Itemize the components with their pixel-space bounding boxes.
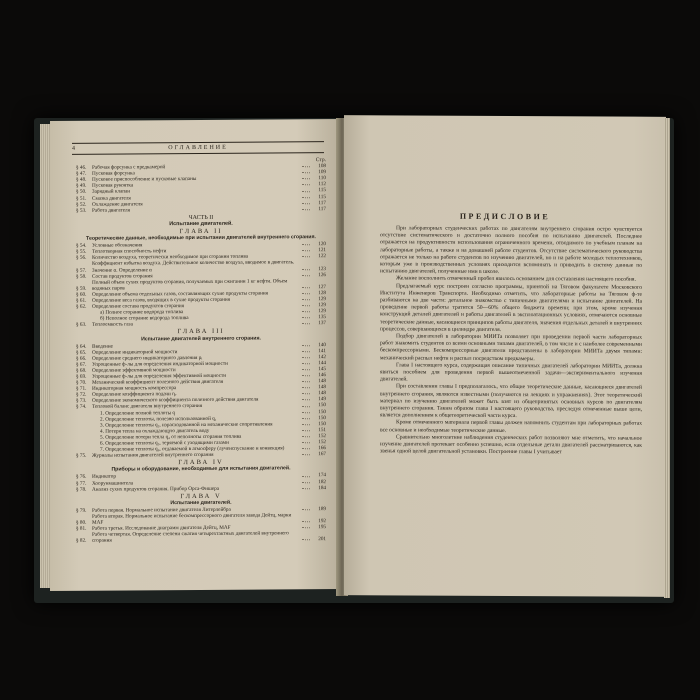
toc-chapter3-list: § 64.Введение140§ 65.Определение индикат… xyxy=(76,342,326,460)
section-number: § 62. xyxy=(76,304,92,310)
leader-dots xyxy=(302,299,310,300)
page-ref: 195 xyxy=(312,524,326,530)
page-ref: 137 xyxy=(312,320,326,326)
leader-dots xyxy=(302,305,310,306)
page-ref: 167 xyxy=(312,451,326,457)
leader-dots xyxy=(302,209,310,210)
leader-dots xyxy=(302,318,310,319)
leader-dots xyxy=(302,418,310,419)
leader-dots xyxy=(302,191,310,192)
leader-dots xyxy=(302,540,310,541)
leader-dots xyxy=(302,369,310,370)
section-number: § 53. xyxy=(76,207,92,213)
leader-dots xyxy=(302,269,310,270)
section-number: § 56. xyxy=(76,255,92,261)
section-number: § 82. xyxy=(76,538,92,544)
preface-paragraph: Сравнительно многолетние наблюдения студ… xyxy=(380,434,642,457)
leader-dots xyxy=(302,375,310,376)
toc-part1-list: § 46.Рабочая форсунка с предкамерой108§ … xyxy=(76,163,326,213)
section-number: § 74. xyxy=(76,404,92,410)
leader-dots xyxy=(302,509,310,510)
leader-dots xyxy=(302,203,310,204)
leader-dots xyxy=(302,311,310,312)
preface-paragraph: Подбор двигателей в лаборатории МИИТа по… xyxy=(380,333,642,363)
leader-dots xyxy=(302,400,310,401)
leader-dots xyxy=(302,357,310,358)
leader-dots xyxy=(302,172,310,173)
preface-paragraph: Глава I настоящего курса, содержащая опи… xyxy=(380,362,642,385)
left-page-contents: 4 ОГЛАВЛЕНИЕ Стр. § 46.Рабочая форсунка … xyxy=(50,119,340,591)
preface-paragraph: Предлагаемый курс построен согласно прог… xyxy=(380,283,642,335)
section-number: § 75. xyxy=(76,453,92,459)
toc-entry: § 75.Журналы испытания двигателей внутре… xyxy=(76,451,326,459)
page-ref: 201 xyxy=(312,536,326,542)
leader-dots xyxy=(302,482,310,483)
section-number: § 58. xyxy=(76,273,92,279)
preface-paragraph: При составлении главы I предполагалось, … xyxy=(380,384,642,421)
table-of-contents: Стр. § 46.Рабочая форсунка с предкамерой… xyxy=(76,157,326,544)
page-number: 4 xyxy=(72,144,77,154)
page-ref: 126 xyxy=(312,272,326,278)
leader-dots xyxy=(302,430,310,431)
leader-dots xyxy=(302,436,310,437)
leader-dots xyxy=(302,287,310,288)
leader-dots xyxy=(302,244,310,245)
section-number: § 78. xyxy=(76,486,92,492)
running-head: 4 ОГЛАВЛЕНИЕ xyxy=(72,141,324,155)
leader-dots xyxy=(302,412,310,413)
leader-dots xyxy=(302,293,310,294)
leader-dots xyxy=(302,381,310,382)
leader-dots xyxy=(302,442,310,443)
right-page-preface: ПРЕДИСЛОВИЕ При лабораторных студенчески… xyxy=(344,115,666,597)
leader-dots xyxy=(302,185,310,186)
toc-entry: § 82.Работа четвертая. Определение степе… xyxy=(76,530,326,544)
toc-entry: § 63.Теплоемкость газа137 xyxy=(76,320,326,328)
leader-dots xyxy=(302,387,310,388)
section-title: Журналы испытания двигателей внутреннего… xyxy=(92,451,300,459)
leader-dots xyxy=(302,424,310,425)
page-edges-right xyxy=(664,118,670,598)
section-title: Работа четвертая. Определение степени сж… xyxy=(92,530,300,544)
page-ref: 189 xyxy=(312,506,326,512)
part-subtitle: Испытание двигателей. xyxy=(76,220,326,228)
preface-title: ПРЕДИСЛОВИЕ xyxy=(344,211,666,222)
section-title: Теплоемкость газа xyxy=(92,321,300,329)
leader-dots xyxy=(302,166,310,167)
section-number: § 63. xyxy=(76,322,92,328)
leader-dots xyxy=(302,363,310,364)
leader-dots xyxy=(302,351,310,352)
page-ref: 117 xyxy=(312,206,326,212)
leader-dots xyxy=(302,406,310,407)
leader-dots xyxy=(302,257,310,258)
section-title: Анализ сухих продуктов сгорания. Прибор … xyxy=(92,485,300,493)
toc-chapter2-list: § 54.Условные обозначения120§ 55.Теплотв… xyxy=(76,241,326,328)
toc-entry: § 78.Анализ сухих продуктов сгорания. Пр… xyxy=(76,485,326,493)
preface-body: При лабораторных студенческих работах по… xyxy=(380,225,642,457)
preface-paragraph: Кроме отмеченного материала первой главы… xyxy=(380,420,642,436)
page-ref: 122 xyxy=(312,253,326,259)
section-number: § 81. xyxy=(76,526,92,532)
section-title: Работа двигателя xyxy=(92,206,300,214)
toc-chapter5-list: § 79.Работа первая. Нормальное испытание… xyxy=(76,506,326,544)
toc-entry: § 53.Работа двигателя117 xyxy=(76,206,326,214)
leader-dots xyxy=(302,455,310,456)
toc-chapter4-list: § 76.Индикатор174§ 77.Хоорунмашинтела182… xyxy=(76,472,326,492)
leader-dots xyxy=(302,394,310,395)
leader-dots xyxy=(302,448,310,449)
page-ref: 184 xyxy=(312,485,326,491)
leader-dots xyxy=(302,251,310,252)
leader-dots xyxy=(302,324,310,325)
leader-dots xyxy=(302,476,310,477)
running-head-title: ОГЛАВЛЕНИЕ xyxy=(168,145,228,151)
leader-dots xyxy=(302,345,310,346)
preface-paragraph: При лабораторных студенческих работах по… xyxy=(380,225,642,277)
leader-dots xyxy=(302,179,310,180)
leader-dots xyxy=(302,197,310,198)
section-number: § 79. xyxy=(76,508,92,514)
leader-dots xyxy=(302,527,310,528)
leader-dots xyxy=(302,521,310,522)
leader-dots xyxy=(302,275,310,276)
leader-dots xyxy=(302,488,310,489)
